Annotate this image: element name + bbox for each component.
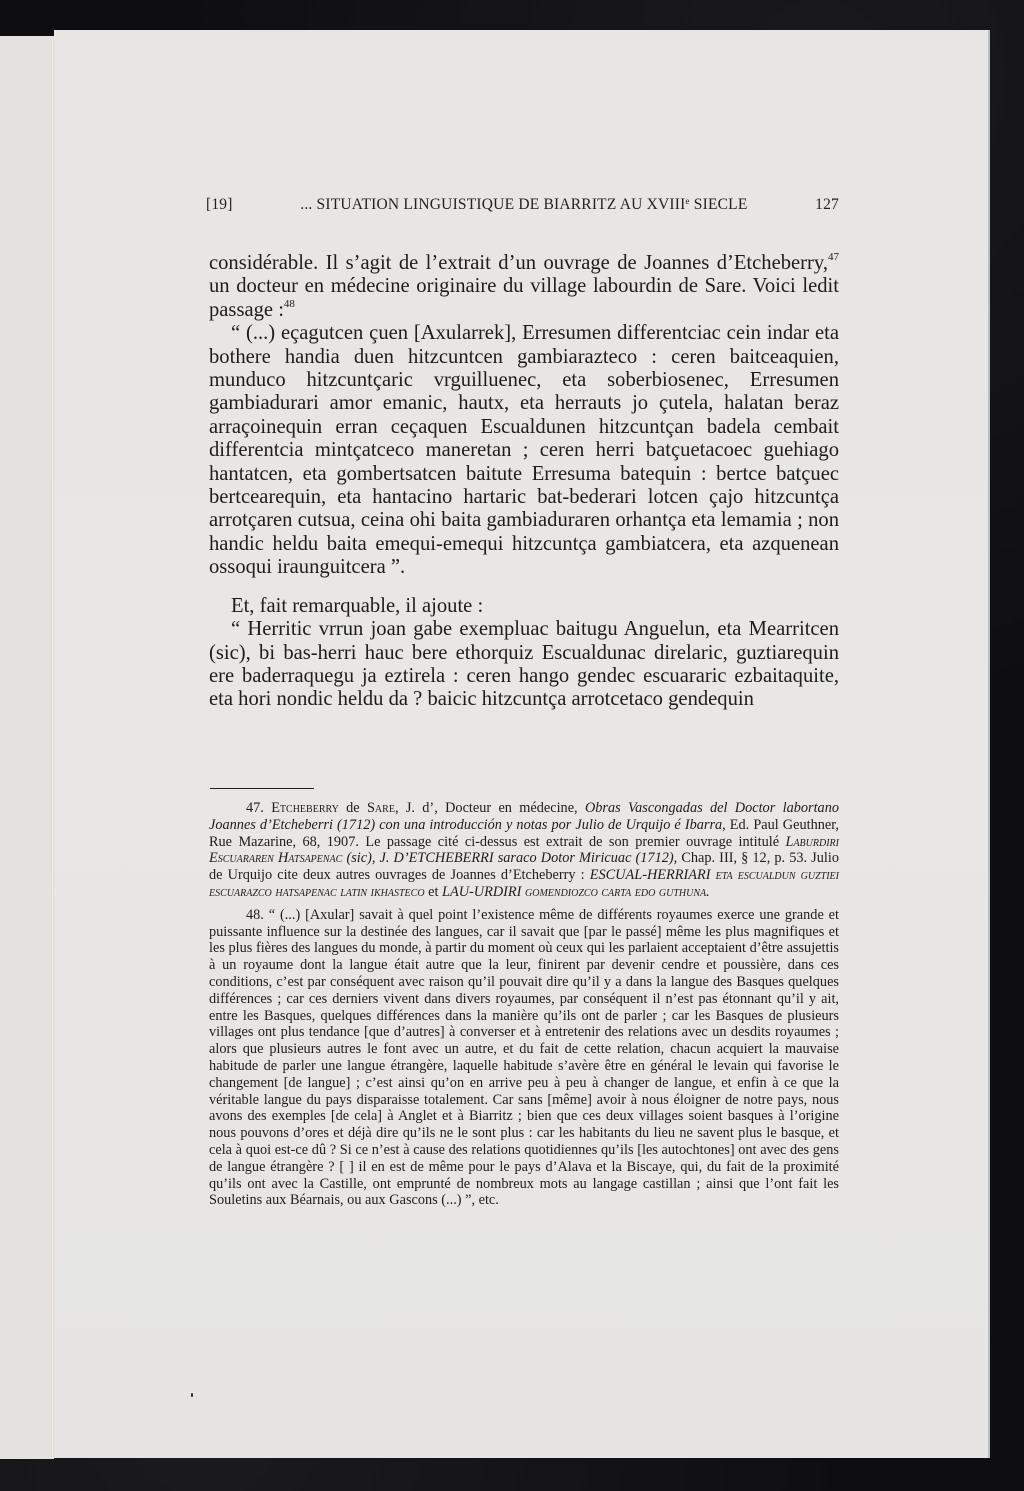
- footnote-47: 47. Etcheberry de Sare, J. d’, Docteur e…: [209, 800, 839, 901]
- main-body-text: considérable. Il s’agit de l’extrait d’u…: [209, 252, 839, 712]
- footnote-47-descr: , J. d’, Docteur en médecine,: [395, 800, 585, 816]
- page-number: 127: [815, 196, 839, 214]
- facing-page-edge: [0, 36, 52, 1459]
- paragraph-intro-text-b: un docteur en médecine originaire du vil…: [209, 275, 839, 320]
- footnote-47-place: Sare: [367, 800, 395, 816]
- footnotes: 47. Etcheberry de Sare, J. d’, Docteur e…: [209, 800, 839, 1209]
- footnote-ref-47[interactable]: 47: [828, 251, 839, 263]
- paragraph-intro: considérable. Il s’agit de l’extrait d’u…: [209, 252, 839, 322]
- footnote-separator: [210, 788, 314, 789]
- paragraph-remark: Et, fait remarquable, il ajoute :: [209, 595, 839, 618]
- footnote-48-number: 48.: [246, 907, 269, 923]
- footnote-47-work2: ESCUAL-HERRIARI: [590, 867, 711, 883]
- basque-quote-1: “ (...) eçagutcen çuen [Axularrek], Erre…: [209, 322, 839, 579]
- footnote-47-work1-rest: (sic), J. D’ETCHEBERRI saraco Dotor Miri…: [342, 850, 677, 866]
- section-number: [19]: [206, 196, 233, 214]
- running-title: ... SITUATION LINGUISTIQUE DE BIARRITZ A…: [300, 196, 747, 214]
- footnote-47-author-mid: de: [339, 800, 367, 816]
- running-header: [19] ... SITUATION LINGUISTIQUE DE BIARR…: [206, 196, 839, 214]
- footnote-47-work3-subtitle: gomendiozco carta edo guthuna.: [521, 884, 709, 900]
- footnote-48: 48. “ (...) [Axular] savait à quel point…: [209, 907, 839, 1209]
- footnote-ref-48[interactable]: 48: [284, 298, 295, 310]
- book-page: [19] ... SITUATION LINGUISTIQUE DE BIARR…: [54, 30, 988, 1458]
- paragraph-intro-text-a: considérable. Il s’agit de l’extrait d’u…: [209, 252, 828, 274]
- dust-speck: [191, 1393, 193, 1397]
- footnote-47-conj: et: [425, 884, 442, 900]
- footnote-47-author: Etcheberry: [271, 800, 339, 816]
- footnote-48-text: “ (...) [Axular] savait à quel point l’e…: [209, 907, 839, 1209]
- running-title-text: ... SITUATION LINGUISTIQUE DE BIARRITZ A…: [300, 196, 685, 213]
- running-title-suffix: SIECLE: [690, 196, 748, 213]
- footnote-47-number: 47.: [246, 800, 271, 816]
- basque-quote-2: “ Herritic vrrun joan gabe exempluac bai…: [209, 618, 839, 712]
- footnote-47-work3: LAU-URDIRI: [442, 884, 521, 900]
